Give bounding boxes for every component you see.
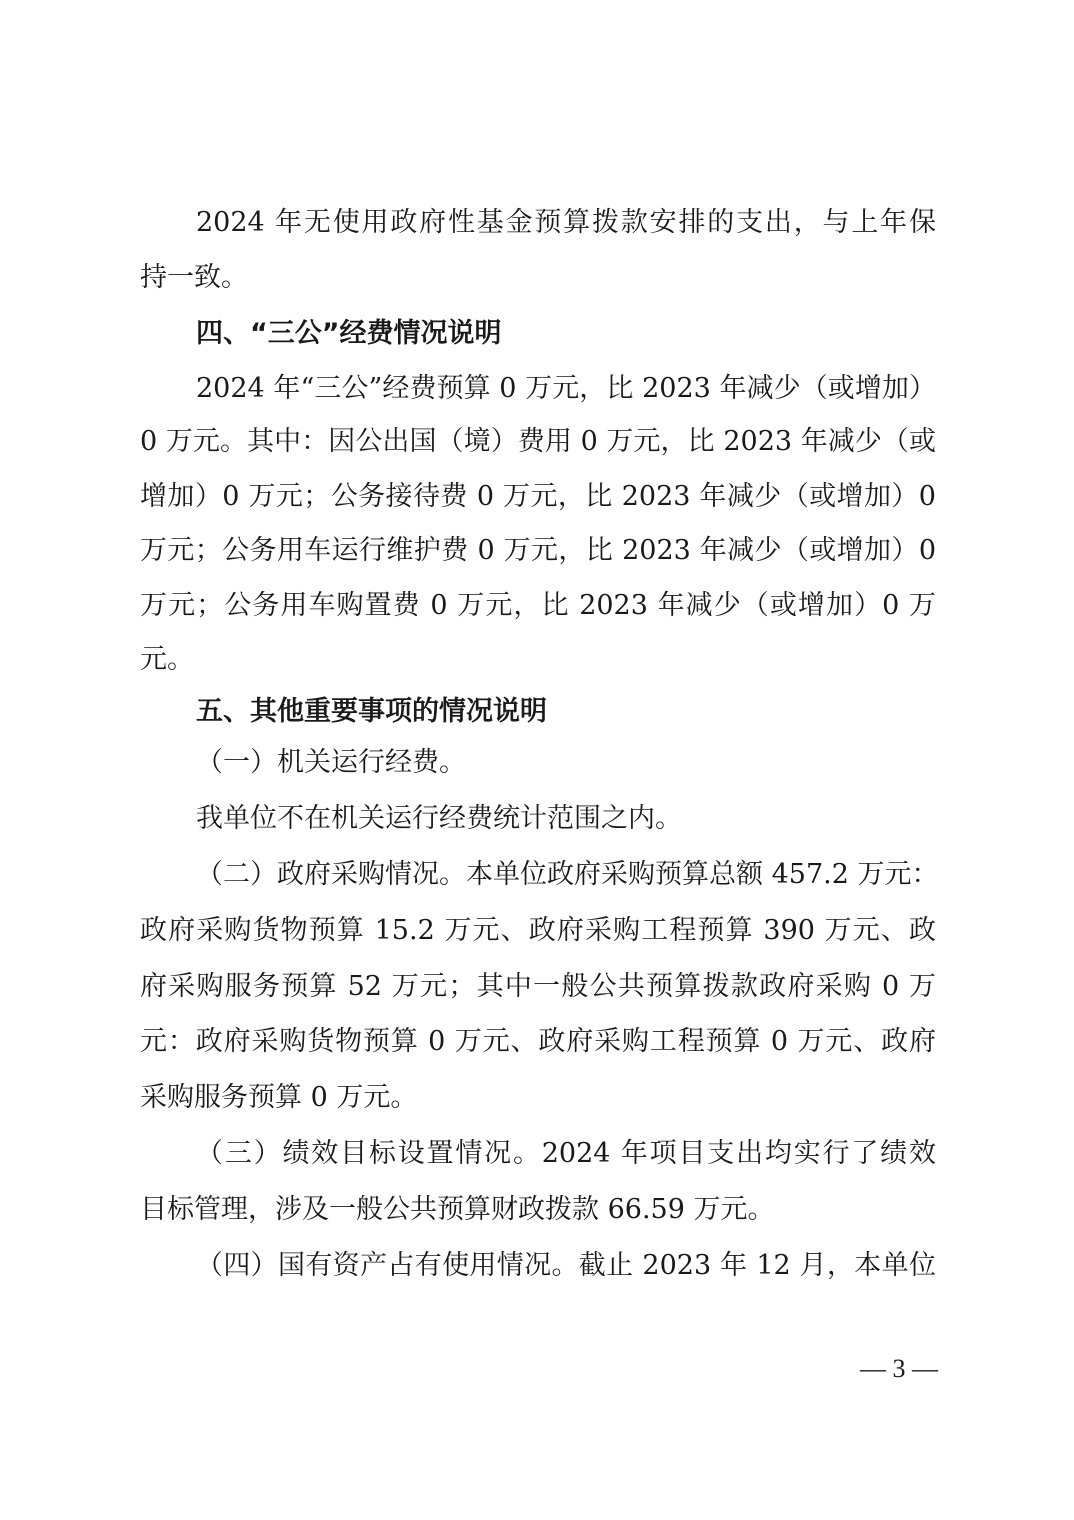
page-number: — 3 —: [860, 1352, 940, 1386]
paragraph-line: 元。: [140, 643, 936, 677]
paragraph-line: 政府采购货物预算 15.2 万元、政府采购工程预算 390 万元、政: [140, 914, 936, 948]
paragraph-line: （二）政府采购情况。本单位政府采购预算总额 457.2 万元：: [196, 858, 936, 892]
paragraph-line: 增加）0 万元；公务接待费 0 万元，比 2023 年减少（或增加）0: [140, 480, 936, 514]
paragraph-line: 采购服务预算 0 万元。: [140, 1081, 936, 1115]
paragraph-line: （三）绩效目标设置情况。2024 年项目支出均实行了绩效: [196, 1137, 936, 1171]
paragraph-line: 府采购服务预算 52 万元；其中一般公共预算拨款政府采购 0 万: [140, 970, 936, 1004]
paragraph-line: 2024 年“三公”经费预算 0 万元，比 2023 年减少（或增加）: [196, 372, 936, 406]
paragraph-line: （四）国有资产占有使用情况。截止 2023 年 12 月，本单位: [196, 1249, 936, 1283]
paragraph-line: 元：政府采购货物预算 0 万元、政府采购工程预算 0 万元、政府: [140, 1025, 936, 1059]
paragraph-line: 2024 年无使用政府性基金预算拨款安排的支出，与上年保: [196, 206, 936, 240]
paragraph-line: 万元；公务用车购置费 0 万元，比 2023 年减少（或增加）0 万: [140, 589, 936, 623]
section-heading-other-matters: 五、其他重要事项的情况说明: [196, 695, 936, 729]
paragraph-line: 万元；公务用车运行维护费 0 万元，比 2023 年减少（或增加）0: [140, 534, 936, 568]
paragraph-line: 0 万元。其中：因公出国（境）费用 0 万元，比 2023 年减少（或: [140, 425, 936, 459]
paragraph-line: 我单位不在机关运行经费统计范围之内。: [196, 802, 936, 836]
paragraph-line: 持一致。: [140, 261, 936, 295]
document-page: 2024 年无使用政府性基金预算拨款安排的支出，与上年保 持一致。 四、“三公”…: [0, 0, 1074, 1520]
subsection-title-operating-expenses: （一）机关运行经费。: [196, 746, 936, 780]
paragraph-line: 目标管理，涉及一般公共预算财政拨款 66.59 万元。: [140, 1193, 936, 1227]
section-heading-three-public-expenses: 四、“三公”经费情况说明: [196, 317, 936, 351]
